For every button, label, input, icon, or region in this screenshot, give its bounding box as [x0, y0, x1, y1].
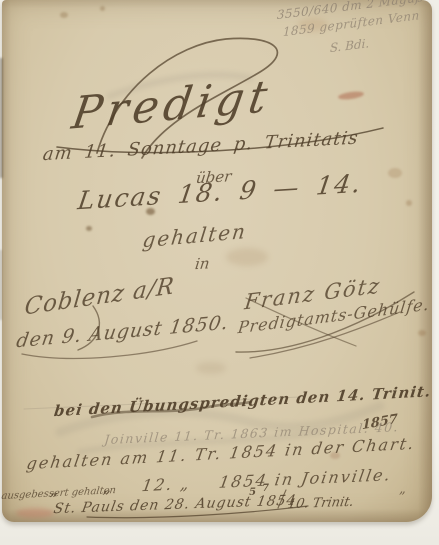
ditto-mark: „ — [399, 483, 406, 496]
superscript-correction-7: 7 — [262, 484, 269, 494]
in-word: in — [194, 256, 210, 272]
superscript-correction-5: 5 — [249, 488, 256, 498]
ink-spot — [86, 226, 92, 231]
paper-stain — [100, 6, 105, 11]
annotation-line-5-suffix: 10. Trinit. — [287, 496, 355, 511]
scan-edge-shadow — [0, 58, 3, 178]
paper-stain — [60, 12, 68, 18]
paper-stain — [388, 168, 402, 178]
paper-stain — [16, 508, 54, 518]
paper-stain — [406, 200, 412, 206]
paper-stain — [196, 362, 226, 374]
scan-edge-shadow — [0, 250, 2, 320]
paper-stain — [226, 248, 268, 266]
paper-stain — [418, 330, 426, 336]
scanned-sermon-page: 3550/640 dm 2 Mägüß 1859 geprüften Venn … — [0, 0, 439, 545]
